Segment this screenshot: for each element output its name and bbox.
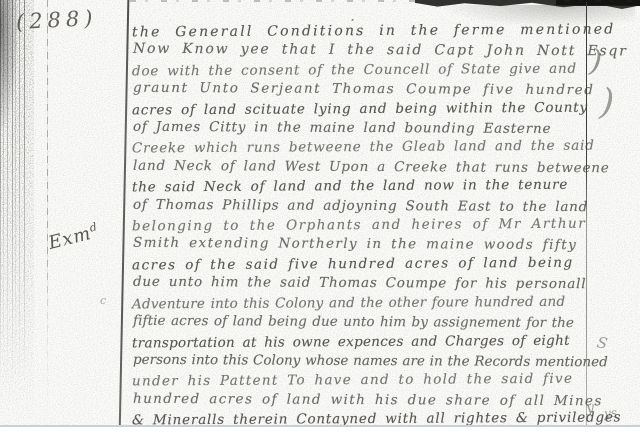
manuscript-line: Smith extending Northerly in the maine w… bbox=[133, 234, 603, 256]
manuscript-line: Creeke which runs betweene the Gleab lan… bbox=[132, 137, 602, 159]
manuscript-line: fiftie acres of land being due unto him … bbox=[133, 312, 603, 334]
stray-ink-mark: ys bbox=[604, 406, 618, 421]
scan-edge-ticks bbox=[130, 0, 640, 2]
left-margin-rule bbox=[119, 0, 129, 433]
manuscript-line: due unto him the said Thomas Coumpe for … bbox=[133, 273, 603, 295]
margin-note-text: Exm bbox=[46, 223, 93, 254]
manuscript-text-block: the Generall Conditions in the ferme men… bbox=[132, 22, 602, 430]
page-number: (288) bbox=[15, 6, 98, 34]
manuscript-line: transportation at his owne expences and … bbox=[132, 331, 602, 353]
manuscript-line: graunt Unto Serjeant Thomas Coumpe five … bbox=[133, 79, 603, 101]
manuscript-line: Now Know yee that I the said Capt John N… bbox=[133, 40, 603, 62]
manuscript-line: the said Neck of land and the land now i… bbox=[132, 176, 602, 198]
document-scan: (288) Exmd the Generall Conditions in th… bbox=[0, 0, 640, 433]
manuscript-line: under his Pattent To have and to hold th… bbox=[132, 370, 602, 392]
stray-ink-mark: S bbox=[595, 333, 609, 353]
margin-note-superscript: d bbox=[88, 220, 99, 235]
manuscript-line: acres of land scituate lying and being w… bbox=[132, 98, 602, 120]
scan-margin-bottom bbox=[0, 427, 640, 433]
page-fold-crease bbox=[47, 0, 48, 420]
stray-ink-mark: y bbox=[585, 400, 595, 417]
stray-ink-mark: c bbox=[100, 294, 106, 307]
margin-note-examined: Exmd bbox=[46, 220, 101, 254]
stray-ink-flourish: ) bbox=[599, 82, 616, 124]
stray-ink-speck: . bbox=[350, 6, 355, 25]
